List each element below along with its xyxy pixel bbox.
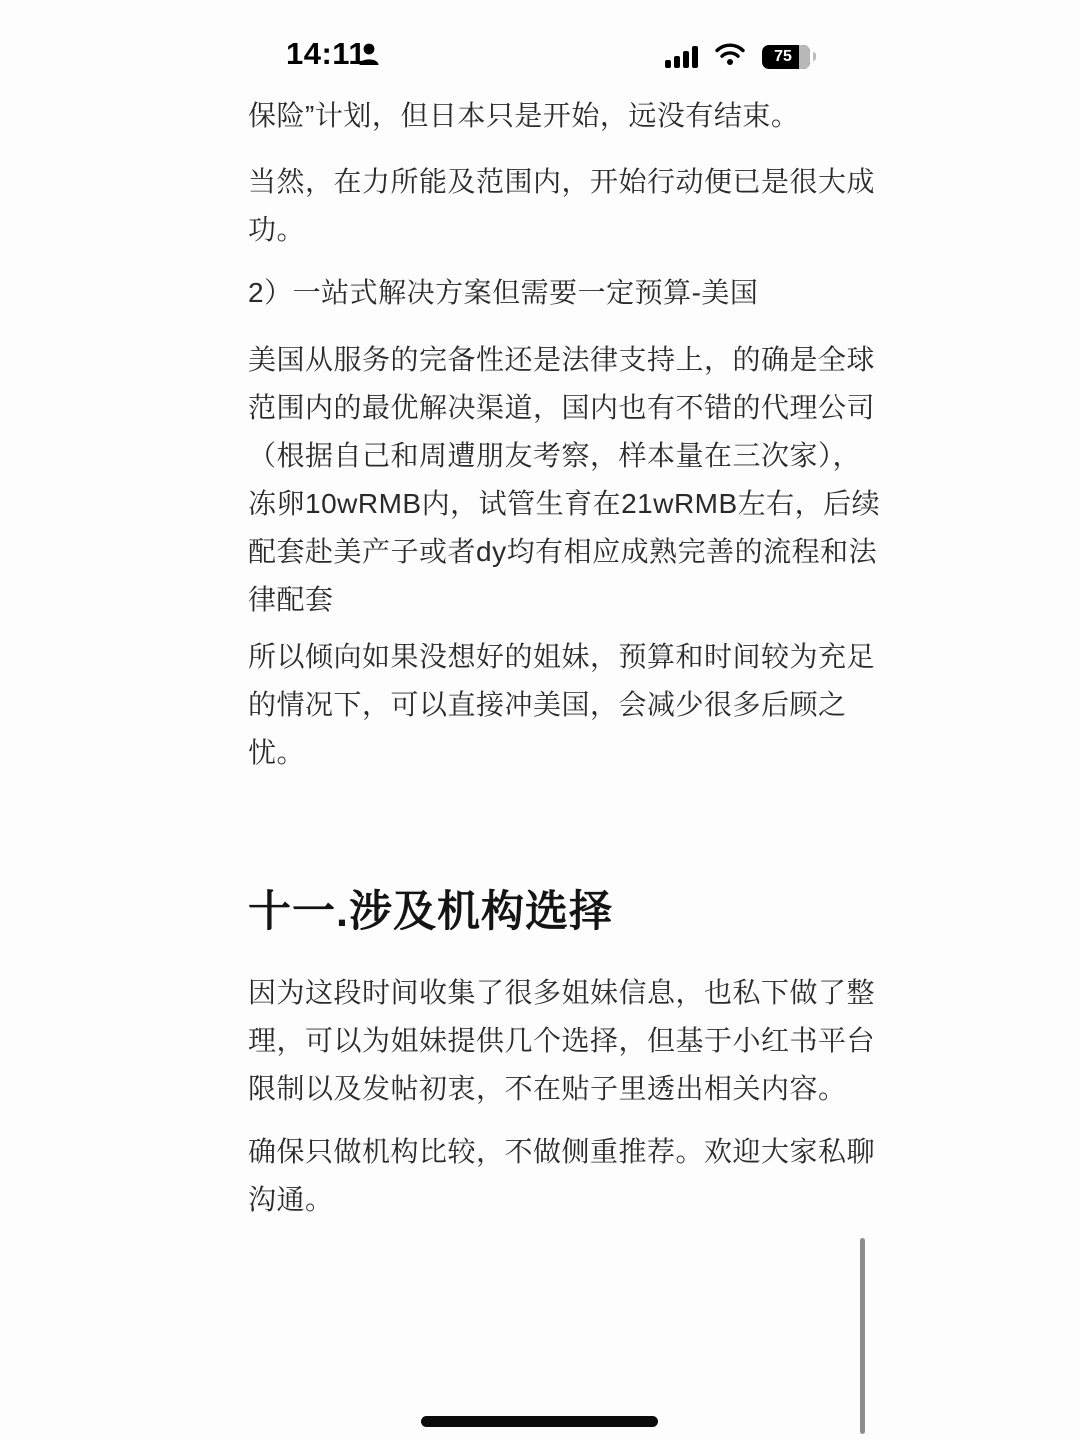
text-line: 范围内的最优解决渠道，国内也有不错的代理公司: [248, 384, 848, 432]
status-bar: 14:11 75: [0, 0, 1080, 80]
home-indicator[interactable]: [421, 1416, 658, 1427]
battery-icon: 75: [762, 45, 810, 69]
text-line: 冻卵10wRMB内，试管生育在21wRMB左右，后续: [248, 480, 848, 528]
text-line: 理，可以为姐妹提供几个选择，但基于小红书平台: [248, 1017, 848, 1065]
text-line: 所以倾向如果没想好的姐妹，预算和时间较为充足: [248, 633, 848, 681]
article-page: 14:11 75 保险”计划，但日本只是开始，远: [0, 0, 1080, 1440]
scrollbar[interactable]: [860, 1238, 865, 1434]
text-line: 的情况下，可以直接冲美国，会减少很多后顾之: [248, 681, 848, 729]
paragraph: 因为这段时间收集了很多姐妹信息，也私下做了整 理，可以为姐妹提供几个选择，但基于…: [248, 969, 848, 1113]
text-line: 限制以及发帖初衷，不在贴子里透出相关内容。: [248, 1065, 848, 1113]
paragraph: 确保只做机构比较，不做侧重推荐。欢迎大家私聊 沟通。: [248, 1128, 848, 1224]
section-heading: 十一.涉及机构选择: [248, 884, 613, 940]
paragraph: 所以倾向如果没想好的姐妹，预算和时间较为充足 的情况下，可以直接冲美国，会减少很…: [248, 633, 848, 777]
clock: 14:11: [286, 36, 366, 72]
text-line: 当然，在力所能及范围内，开始行动便已是很大成: [248, 158, 848, 206]
paragraph-numbered-item: 2）一站式解决方案但需要一定预算-美国: [248, 269, 848, 317]
text-line: 保险”计划，但日本只是开始，远没有结束。: [248, 92, 848, 140]
paragraph: 保险”计划，但日本只是开始，远没有结束。: [248, 92, 848, 140]
text-line: （根据自己和周遭朋友考察，样本量在三次家），: [248, 432, 848, 480]
text-line: 沟通。: [248, 1176, 848, 1224]
cellular-signal-icon: [665, 46, 698, 68]
text-line: 美国从服务的完备性还是法律支持上，的确是全球: [248, 336, 848, 384]
text-line: 确保只做机构比较，不做侧重推荐。欢迎大家私聊: [248, 1128, 848, 1176]
paragraph: 美国从服务的完备性还是法律支持上，的确是全球 范围内的最优解决渠道，国内也有不错…: [248, 336, 848, 624]
text-line: 律配套: [248, 576, 848, 624]
text-line: 功。: [248, 206, 848, 254]
text-line: 2）一站式解决方案但需要一定预算-美国: [248, 269, 848, 317]
person-icon: [356, 41, 382, 72]
battery-percent: 75: [774, 48, 792, 66]
battery-empty-segment: [799, 45, 810, 69]
battery-tip: [813, 52, 816, 61]
wifi-icon: [714, 42, 746, 71]
paragraph: 当然，在力所能及范围内，开始行动便已是很大成 功。: [248, 158, 848, 254]
text-line: 因为这段时间收集了很多姐妹信息，也私下做了整: [248, 969, 848, 1017]
text-line: 忧。: [248, 729, 848, 777]
text-line: 配套赴美产子或者dy均有相应成熟完善的流程和法: [248, 528, 848, 576]
status-bar-right: 75: [665, 42, 816, 71]
